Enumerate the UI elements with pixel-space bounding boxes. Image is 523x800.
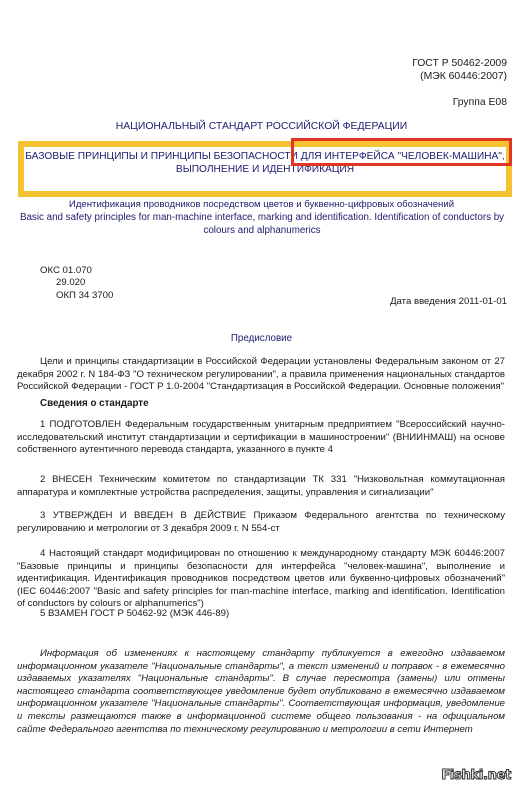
okp-code: ОКП 34 3700 [40,290,113,302]
iec-code: (МЭК 60446:2007) [420,70,507,83]
subtitle-russian: Идентификация проводников посредством цв… [0,199,523,212]
standard-info-item: 5 ВЗАМЕН ГОСТ Р 50462-92 (МЭК 446-89) [40,608,229,621]
standard-info-item: 1 ПОДГОТОВЛЕН Федеральным государственны… [17,419,505,457]
standard-info-item: 3 УТВЕРЖДЕН И ВВЕДЕН В ДЕЙСТВИЕ Приказом… [17,510,505,535]
gost-code: ГОСТ Р 50462-2009 [412,57,507,70]
standard-info-item: 2 ВНЕСЕН Техническим комитетом по станда… [17,474,505,499]
standard-info-item: 4 Настоящий стандарт модифицирован по от… [17,548,505,611]
oks-code-secondary: 29.020 [40,277,113,289]
group-label: Группа Е08 [453,96,507,109]
national-standard-title: НАЦИОНАЛЬНЫЙ СТАНДАРТ РОССИЙСКОЙ ФЕДЕРАЦ… [0,121,523,134]
standard-info-heading: Сведения о стандарте [40,398,149,411]
preface-heading: Предисловие [0,333,523,346]
preface-goals-paragraph: Цели и принципы стандартизации в Российс… [17,356,505,394]
date-of-introduction: Дата введения 2011-01-01 [390,296,507,309]
red-highlight-frame [291,138,512,166]
subtitle-english: Basic and safety principles for man-mach… [17,211,507,237]
oks-code: ОКС 01.070 [40,265,113,277]
changes-notice: Информация об изменениях к настоящему ст… [17,648,505,736]
watermark-logo: Fishki.net [441,770,511,783]
classification-codes: ОКС 01.070 29.020 ОКП 34 3700 [40,265,113,302]
